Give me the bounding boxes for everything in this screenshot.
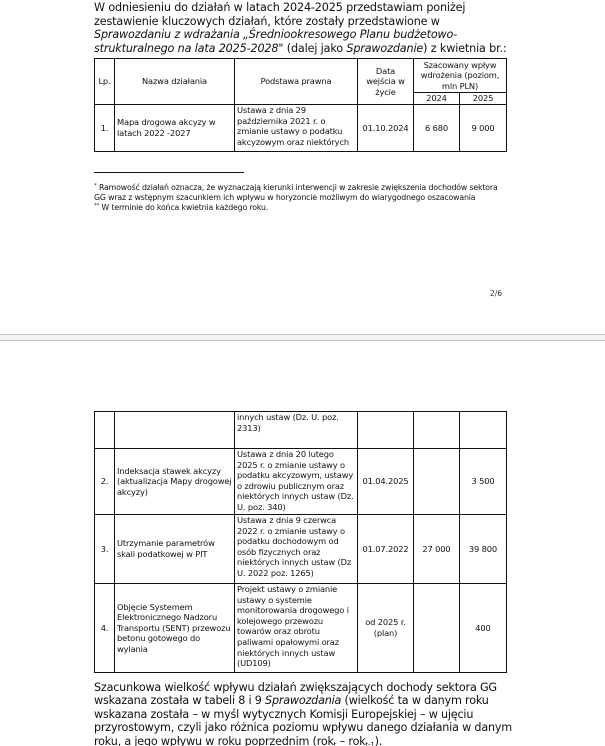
footnote-2: ** W terminie do końca kwietnia każdego … (94, 203, 509, 213)
footnote-text: Ramowość działań oznacza, że wyznaczają … (94, 183, 498, 202)
row-lp: 1. (95, 105, 115, 152)
row-2025: 9 000 (460, 105, 507, 152)
footnote-separator (94, 172, 244, 173)
row-name (115, 412, 235, 449)
intro-text: W odniesieniu do działań w latach 2024-2… (94, 1, 465, 28)
document-page-2: W odniesieniu do działań w latach 2024-2… (0, 0, 605, 334)
table-row: 4. Objęcie Systemem Elektronicznego Nadz… (95, 584, 507, 673)
row-effective-date: od 2025 r. (plan) (358, 584, 414, 673)
row-2025: 3 500 (460, 449, 507, 515)
closing-text: ). (375, 735, 383, 746)
page-number: 2/6 (490, 289, 502, 298)
footnote-text: W terminie do końca kwietnia każdego rok… (102, 203, 269, 212)
row-2025: 400 (460, 584, 507, 673)
closing-text: – rok (336, 735, 365, 746)
document-page-3: innych ustaw (Dz. U. poz. 2313) 2. Indek… (0, 341, 605, 746)
row-lp: 2. (95, 449, 115, 515)
row-2025 (460, 412, 507, 449)
closing-paragraph: Szacunkowa wielkość wpływu działań zwięk… (94, 681, 514, 746)
subscript-t-minus-1: t-1 (366, 741, 375, 746)
closing-italic-report: Sprawozdania (265, 694, 341, 707)
row-name: Indeksacja stawek akcyzy (aktualizacja M… (115, 449, 235, 515)
row-name: Mapa drogowa akcyzy w latach 2022 -2027 (115, 105, 235, 152)
intro-text: (dalej jako (283, 42, 346, 55)
row-legal-basis: Ustawa z dnia 20 lutego 2025 r. o zmiani… (235, 449, 358, 515)
actions-table-continued: innych ustaw (Dz. U. poz. 2313) 2. Indek… (94, 411, 507, 673)
row-effective-date: 01.10.2024 (358, 105, 414, 152)
row-name: Utrzymanie parametrów skali podatkowej w… (115, 515, 235, 584)
footnote-1: * Ramowość działań oznacza, że wyznaczaj… (94, 183, 509, 203)
table-row: 2. Indeksacja stawek akcyzy (aktualizacj… (95, 449, 507, 515)
row-2024: 27 000 (414, 515, 460, 584)
footnote-mark: ** (94, 203, 99, 209)
table-header-row: Lp. Nazwa działania Podstawa prawna Data… (95, 59, 507, 93)
intro-paragraph: W odniesieniu do działań w latach 2024-2… (94, 1, 514, 55)
row-2024 (414, 449, 460, 515)
row-name: Objęcie Systemem Elektronicznego Nadzoru… (115, 584, 235, 673)
intro-text: ) z kwietnia br.: (423, 42, 506, 55)
row-lp: 3. (95, 515, 115, 584)
header-effective-date: Data wejścia w życie (358, 59, 414, 105)
row-legal-basis: Ustawa z dnia 29 października 2021 r. o … (235, 105, 358, 152)
row-effective-date: 01.07.2022 (358, 515, 414, 584)
intro-italic-report: Sprawozdanie (346, 42, 423, 55)
row-2024: 6 680 (414, 105, 460, 152)
row-2024 (414, 412, 460, 449)
header-lp: Lp. (95, 59, 115, 105)
actions-table: Lp. Nazwa działania Podstawa prawna Data… (94, 58, 507, 152)
row-2024 (414, 584, 460, 673)
row-lp (95, 412, 115, 449)
header-year-2024: 2024 (414, 93, 460, 105)
row-legal-basis: Ustawa z dnia 9 czerwca 2022 r. o zmiani… (235, 515, 358, 584)
row-legal-basis: Projekt ustawy o zmianie ustawy o system… (235, 584, 358, 673)
row-effective-date (358, 412, 414, 449)
row-2025: 39 800 (460, 515, 507, 584)
footnote-mark: * (94, 183, 97, 189)
header-legal-basis: Podstawa prawna (235, 59, 358, 105)
header-impact: Szacowany wpływ wdrożenia (poziom, mln P… (414, 59, 507, 93)
row-legal-basis: innych ustaw (Dz. U. poz. 2313) (235, 412, 358, 449)
header-year-2025: 2025 (460, 93, 507, 105)
table-row: 3. Utrzymanie parametrów skali podatkowe… (95, 515, 507, 584)
footnotes: * Ramowość działań oznacza, że wyznaczaj… (94, 183, 509, 214)
header-name: Nazwa działania (115, 59, 235, 105)
page-break (0, 334, 605, 341)
row-lp: 4. (95, 584, 115, 673)
row-effective-date: 01.04.2025 (358, 449, 414, 515)
table-row-continuation: innych ustaw (Dz. U. poz. 2313) (95, 412, 507, 449)
table-row: 1. Mapa drogowa akcyzy w latach 2022 -20… (95, 105, 507, 152)
